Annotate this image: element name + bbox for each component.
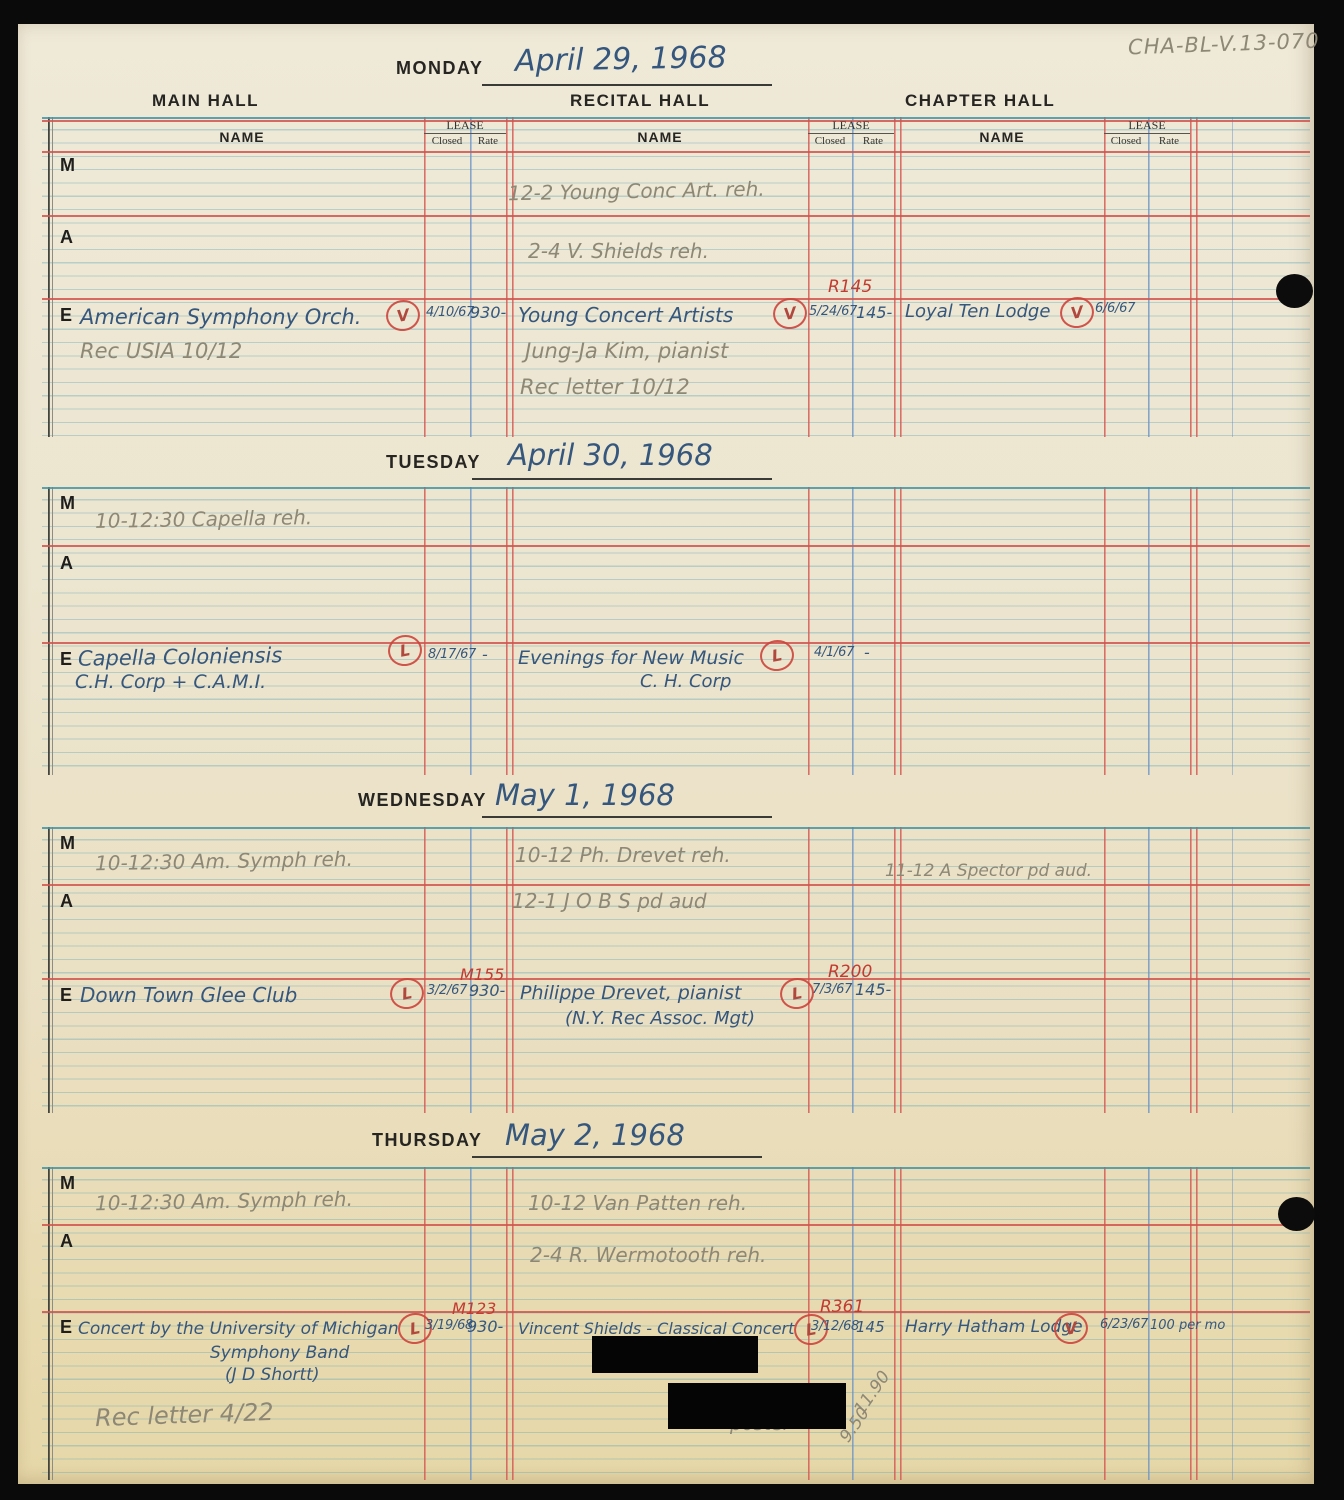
entry-recital-evening-line2: (N.Y. Rec Assoc. Mgt) — [565, 1008, 755, 1029]
header-name-chapter: NAME — [922, 129, 1082, 145]
entry-main-morning: 10-12:30 Am. Symph reh. — [95, 1187, 353, 1215]
entry-main-evening-line2: C.H. Corp + C.A.M.I. — [75, 671, 266, 693]
date-underline — [472, 478, 772, 480]
closed-date-chapter: 6/23/67 — [1100, 1317, 1148, 1332]
entry-main-evening-note: Rec letter 4/22 — [95, 1398, 275, 1432]
row-divider — [42, 215, 1310, 217]
redaction-box — [668, 1383, 846, 1429]
row-divider — [42, 1311, 1310, 1313]
entry-chapter-evening-name: Loyal Ten Lodge — [905, 301, 1050, 322]
header-lease-chapter: LEASE — [1104, 118, 1190, 133]
closed-date-main: 8/17/67 — [428, 647, 476, 662]
redaction-box — [592, 1336, 758, 1373]
closed-date-main: 3/2/67 — [427, 983, 467, 998]
entry-main-evening-note: Rec USIA 10/12 — [80, 339, 242, 363]
entry-recital-evening-line2: C. H. Corp — [640, 671, 731, 692]
date-underline — [482, 816, 772, 818]
day-date-monday: April 29, 1968 — [515, 40, 727, 79]
red-code-main: M123 — [452, 1299, 496, 1318]
entry-recital-evening-name: Evenings for New Music — [518, 647, 744, 669]
closed-date-recital: 7/3/67 — [812, 982, 852, 997]
entry-main-evening-name: Capella Coloniensis — [78, 643, 283, 671]
lease-mark-chapter: V — [1058, 294, 1097, 330]
rate-chapter: 100 per mo — [1150, 1318, 1225, 1333]
day-title-wednesday: WEDNESDAY — [358, 790, 487, 811]
row-divider — [42, 545, 1310, 547]
row-label-a: A — [60, 1231, 73, 1252]
entry-main-evening-line2: Symphony Band — [210, 1343, 349, 1363]
lease-mark-recital: V — [771, 295, 810, 331]
booking-table-tuesday: M A E 10-12:30 Capella reh. Capella Colo… — [42, 487, 1310, 775]
entry-recital-afternoon: 12-1 J O B S pd aud — [512, 889, 707, 913]
header-rate-main: Rate — [470, 135, 506, 147]
row-divider — [42, 884, 1310, 886]
closed-date-main: 3/19/68 — [425, 1318, 473, 1333]
entry-main-evening-line3: (J D Shortt) — [225, 1365, 319, 1385]
row-divider — [42, 151, 1310, 153]
hall-title-chapter: CHAPTER HALL — [905, 91, 1055, 111]
punch-hole-bottom — [1278, 1197, 1315, 1231]
hall-title-main: MAIN HALL — [152, 91, 259, 111]
rate-main: - — [482, 645, 488, 664]
lease-mark-main: V — [384, 297, 423, 333]
lease-mark-main: L — [386, 632, 425, 668]
day-title-tuesday: TUESDAY — [386, 452, 481, 473]
header-rate-recital: Rate — [852, 135, 894, 147]
lease-mark-chapter: V — [1052, 1310, 1091, 1346]
row-label-m: M — [60, 155, 75, 176]
day-date-thursday: May 2, 1968 — [505, 1118, 685, 1152]
red-code-recital: R200 — [828, 962, 872, 982]
row-divider — [42, 1224, 1310, 1226]
day-title-monday: MONDAY — [396, 58, 483, 79]
entry-recital-evening-name: Philippe Drevet, pianist — [520, 982, 741, 1004]
header-rate-chapter: Rate — [1148, 135, 1190, 147]
row-label-e: E — [60, 305, 72, 326]
header-lease-underline — [1104, 133, 1190, 134]
lease-mark-main: L — [388, 975, 427, 1011]
row-divider — [42, 978, 1310, 980]
header-name-main: NAME — [162, 129, 322, 145]
entry-main-evening-name: Concert by the University of Michigan — [78, 1319, 399, 1339]
closed-date-recital: 3/12/68 — [811, 1319, 859, 1334]
header-name-recital: NAME — [580, 129, 740, 145]
rate-main: 930- — [469, 981, 505, 1000]
table-top-line — [42, 487, 1310, 489]
red-code-recital: R145 — [828, 277, 872, 297]
entry-recital-evening-line2: Jung-Ja Kim, pianist — [525, 339, 728, 363]
entry-recital-afternoon: 2-4 R. Wermotooth reh. — [530, 1243, 766, 1267]
closed-date-chapter: 6/6/67 — [1095, 301, 1135, 316]
entry-recital-evening-line3: Rec letter 10/12 — [520, 375, 690, 399]
rate-recital: 145- — [855, 980, 891, 999]
day-date-wednesday: May 1, 1968 — [495, 778, 675, 812]
day-date-tuesday: April 30, 1968 — [508, 438, 713, 472]
table-top-line — [42, 1167, 1310, 1169]
row-label-m: M — [60, 833, 75, 854]
row-label-m: M — [60, 493, 75, 514]
row-label-a: A — [60, 227, 73, 248]
day-title-thursday: THURSDAY — [372, 1130, 482, 1151]
entry-main-evening-name: Down Town Glee Club — [80, 983, 297, 1007]
table-top-line — [42, 827, 1310, 829]
rate-recital: 145- — [856, 303, 892, 322]
entry-recital-morning: 12-2 Young Conc Art. reh. — [508, 177, 765, 205]
entry-recital-evening-name: Young Concert Artists — [518, 303, 733, 327]
header-lease-underline — [424, 133, 506, 134]
hall-title-recital: RECITAL HALL — [570, 91, 710, 111]
booking-table-monday: NAME NAME NAME LEASE Closed Rate LEASE C… — [42, 117, 1310, 437]
closed-date-recital: 4/1/67 — [814, 645, 854, 660]
header-lease-recital: LEASE — [808, 118, 894, 133]
date-underline — [472, 1156, 762, 1158]
row-divider — [42, 298, 1310, 300]
rate-main: 930- — [470, 303, 506, 322]
row-label-e: E — [60, 649, 72, 670]
rate-recital: 145 — [856, 1318, 885, 1336]
row-label-e: E — [60, 1317, 72, 1338]
entry-main-evening-name: American Symphony Orch. — [80, 305, 361, 329]
header-lease-underline — [808, 133, 894, 134]
closed-date-main: 4/10/67 — [426, 305, 474, 320]
header-lease-main: LEASE — [424, 118, 506, 133]
rate-recital: - — [864, 643, 870, 662]
entry-recital-morning: 10-12 Ph. Drevet reh. — [515, 843, 731, 867]
booking-table-wednesday: M A E 10-12:30 Am. Symph reh. 10-12 Ph. … — [42, 827, 1310, 1113]
booking-table-thursday: M A E 10-12:30 Am. Symph reh. 10-12 Van … — [42, 1167, 1310, 1480]
header-closed-chapter: Closed — [1104, 135, 1148, 147]
entry-main-morning: 10-12:30 Capella reh. — [95, 505, 313, 533]
lease-mark-recital: L — [778, 975, 817, 1011]
entry-recital-afternoon: 2-4 V. Shields reh. — [528, 239, 709, 263]
entry-main-morning: 10-12:30 Am. Symph reh. — [95, 847, 353, 875]
row-label-m: M — [60, 1173, 75, 1194]
date-underline — [482, 84, 772, 86]
closed-date-recital: 5/24/67 — [809, 304, 857, 319]
row-label-a: A — [60, 891, 73, 912]
rate-main: 930- — [467, 1317, 503, 1336]
entry-chapter-morning: 11-12 A Spector pd aud. — [885, 861, 1092, 881]
red-code-recital: R361 — [820, 1297, 864, 1317]
entry-recital-morning: 10-12 Van Patten reh. — [528, 1191, 747, 1215]
row-label-e: E — [60, 985, 72, 1006]
row-label-a: A — [60, 553, 73, 574]
header-closed-recital: Closed — [808, 135, 852, 147]
header-closed-main: Closed — [424, 135, 470, 147]
punch-hole-top — [1276, 274, 1313, 308]
